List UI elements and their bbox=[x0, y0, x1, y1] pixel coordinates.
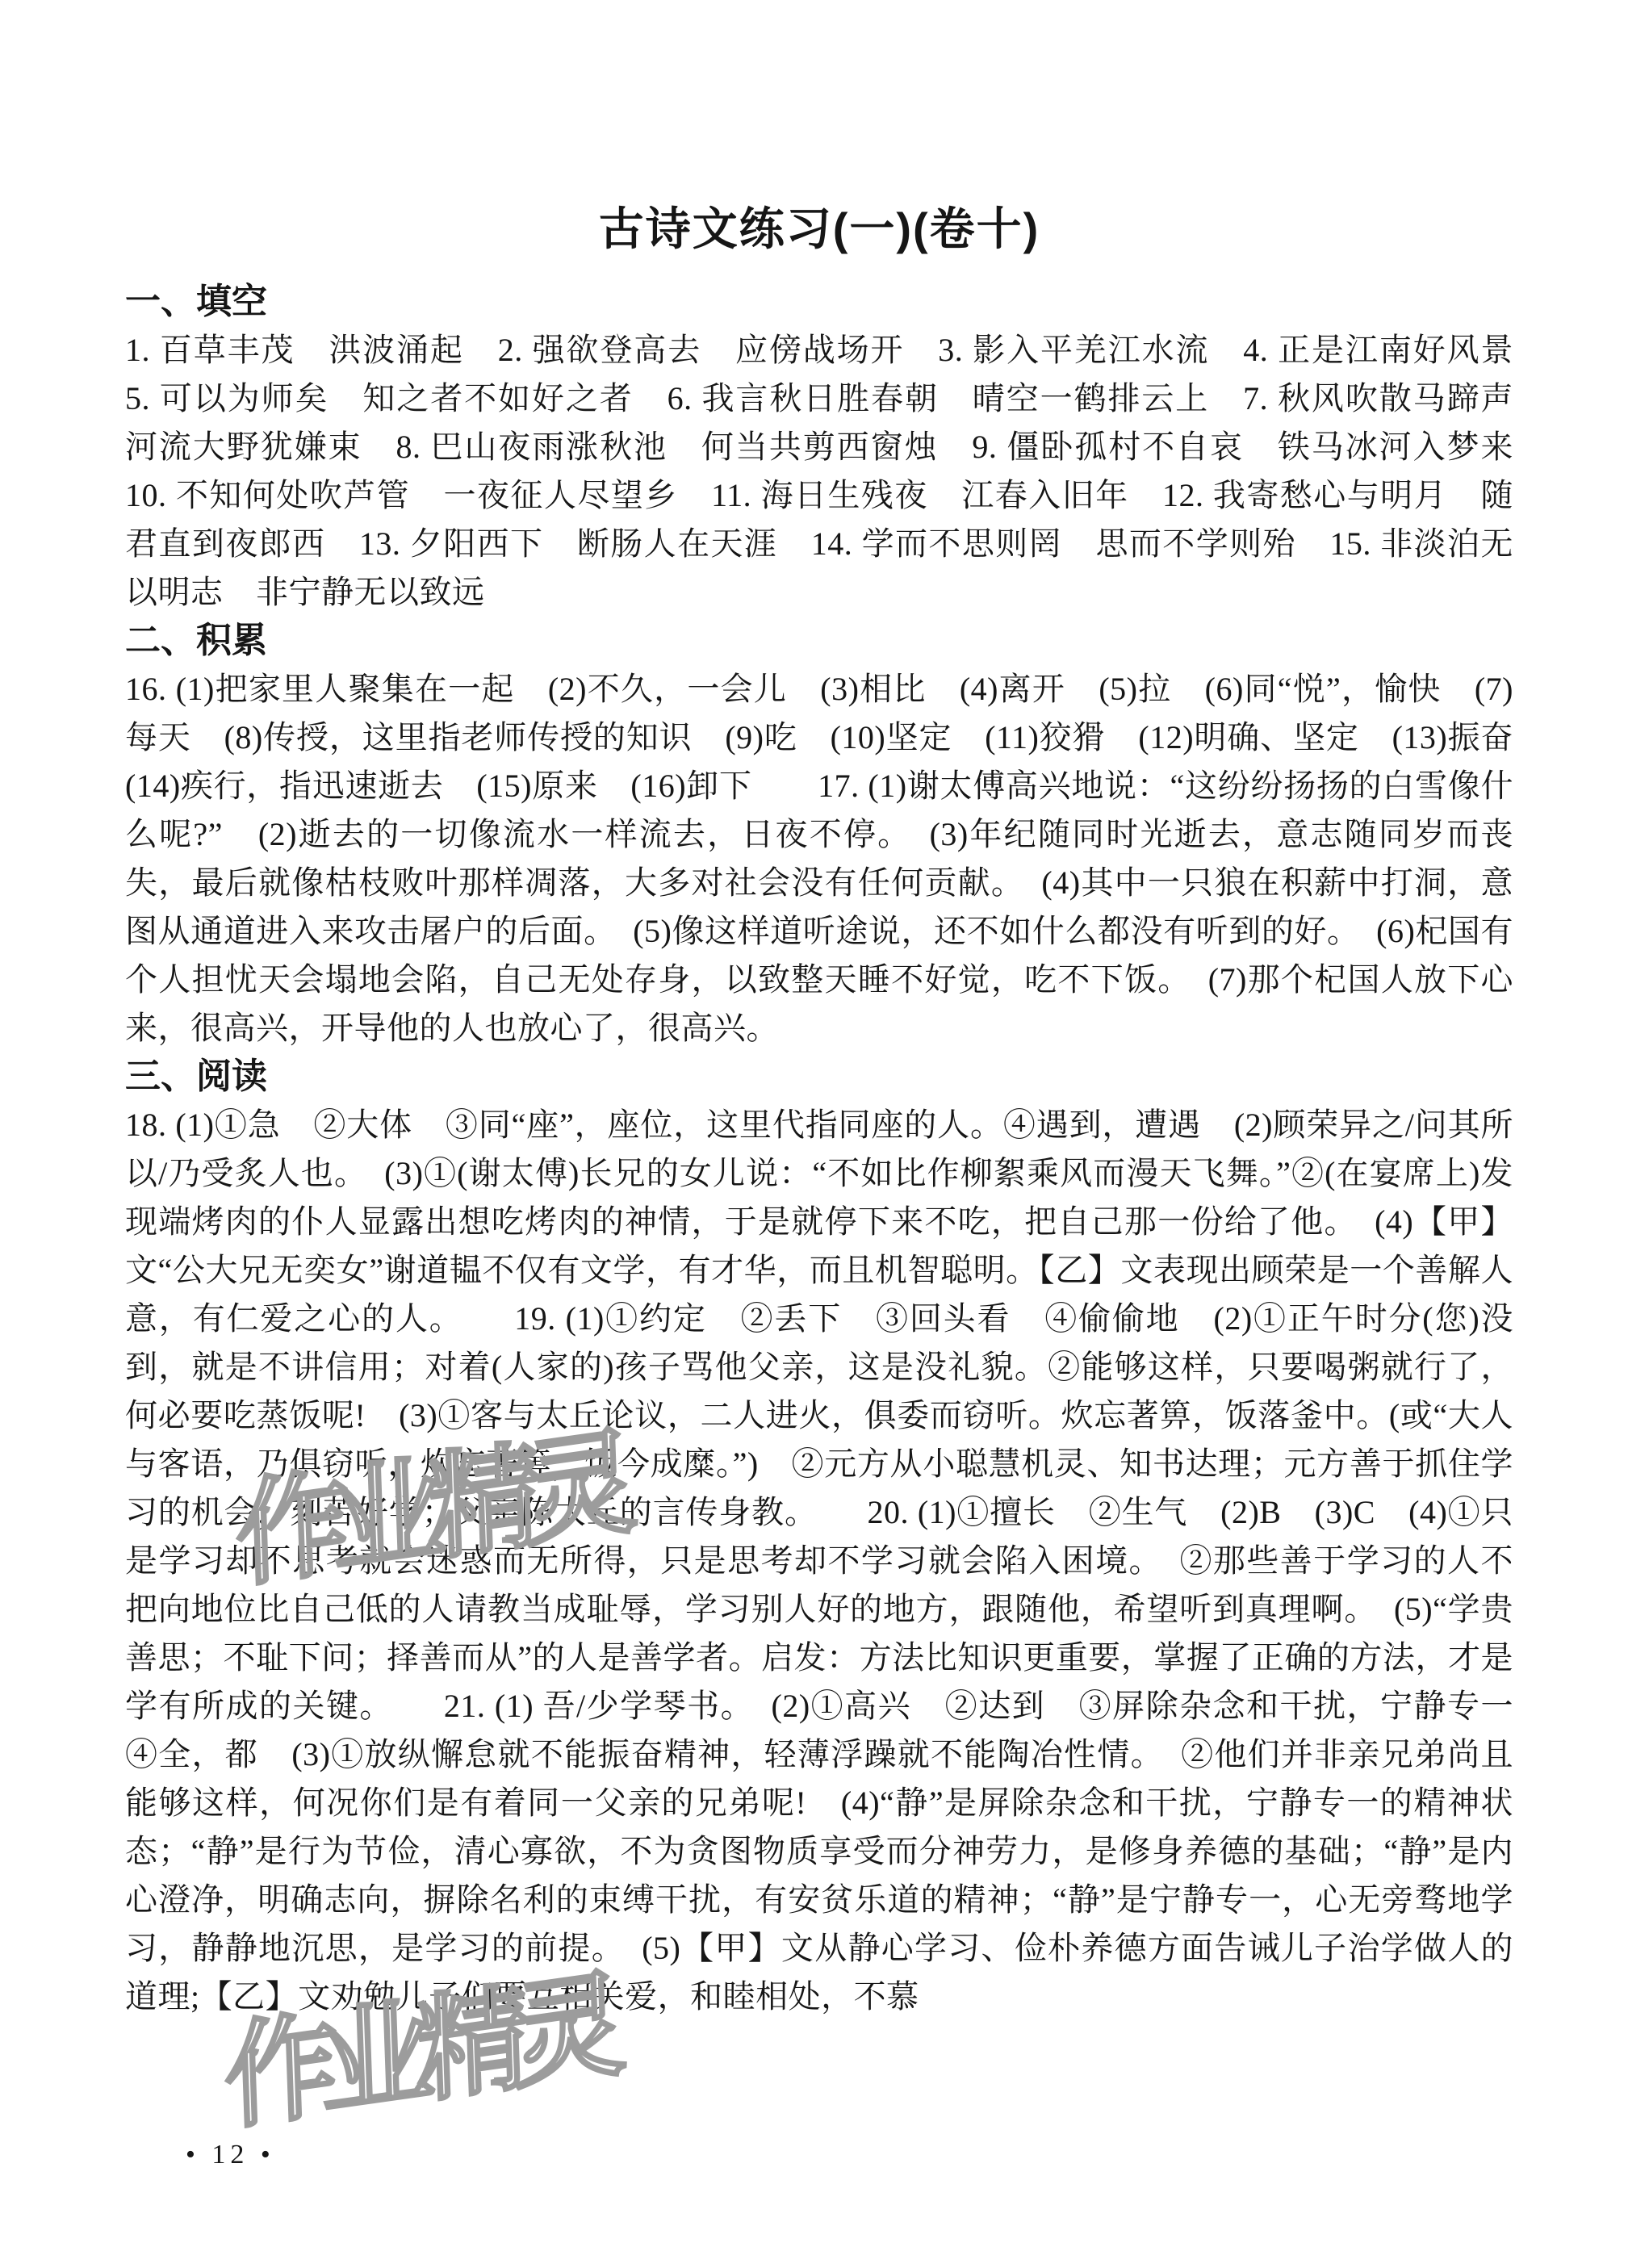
page-title: 古诗文练习(一)(卷十) bbox=[125, 203, 1513, 255]
section-body-reading: 18. (1)①急 ②大体 ③同“座”，座位，这里代指同座的人。④遇到，遭遇 (… bbox=[125, 1101, 1513, 2021]
section-body-accumulation: 16. (1)把家里人聚集在一起 (2)不久，一会儿 (3)相比 (4)离开 (… bbox=[125, 665, 1513, 1052]
section-heading-fill-in-blanks: 一、填空 bbox=[125, 278, 1513, 326]
scanned-answer-page: 古诗文练习(一)(卷十) 一、填空 1. 百草丰茂 洪波涌起 2. 强欲登高去 … bbox=[0, 0, 1628, 2268]
page-number: • 12 • bbox=[186, 2139, 1513, 2171]
page-content: 古诗文练习(一)(卷十) 一、填空 1. 百草丰茂 洪波涌起 2. 强欲登高去 … bbox=[0, 203, 1628, 2171]
section-heading-reading: 三、阅读 bbox=[125, 1052, 1513, 1101]
section-heading-accumulation: 二、积累 bbox=[125, 617, 1513, 665]
section-body-fill-in-blanks: 1. 百草丰茂 洪波涌起 2. 强欲登高去 应傍战场开 3. 影入平羌江水流 4… bbox=[125, 326, 1513, 617]
